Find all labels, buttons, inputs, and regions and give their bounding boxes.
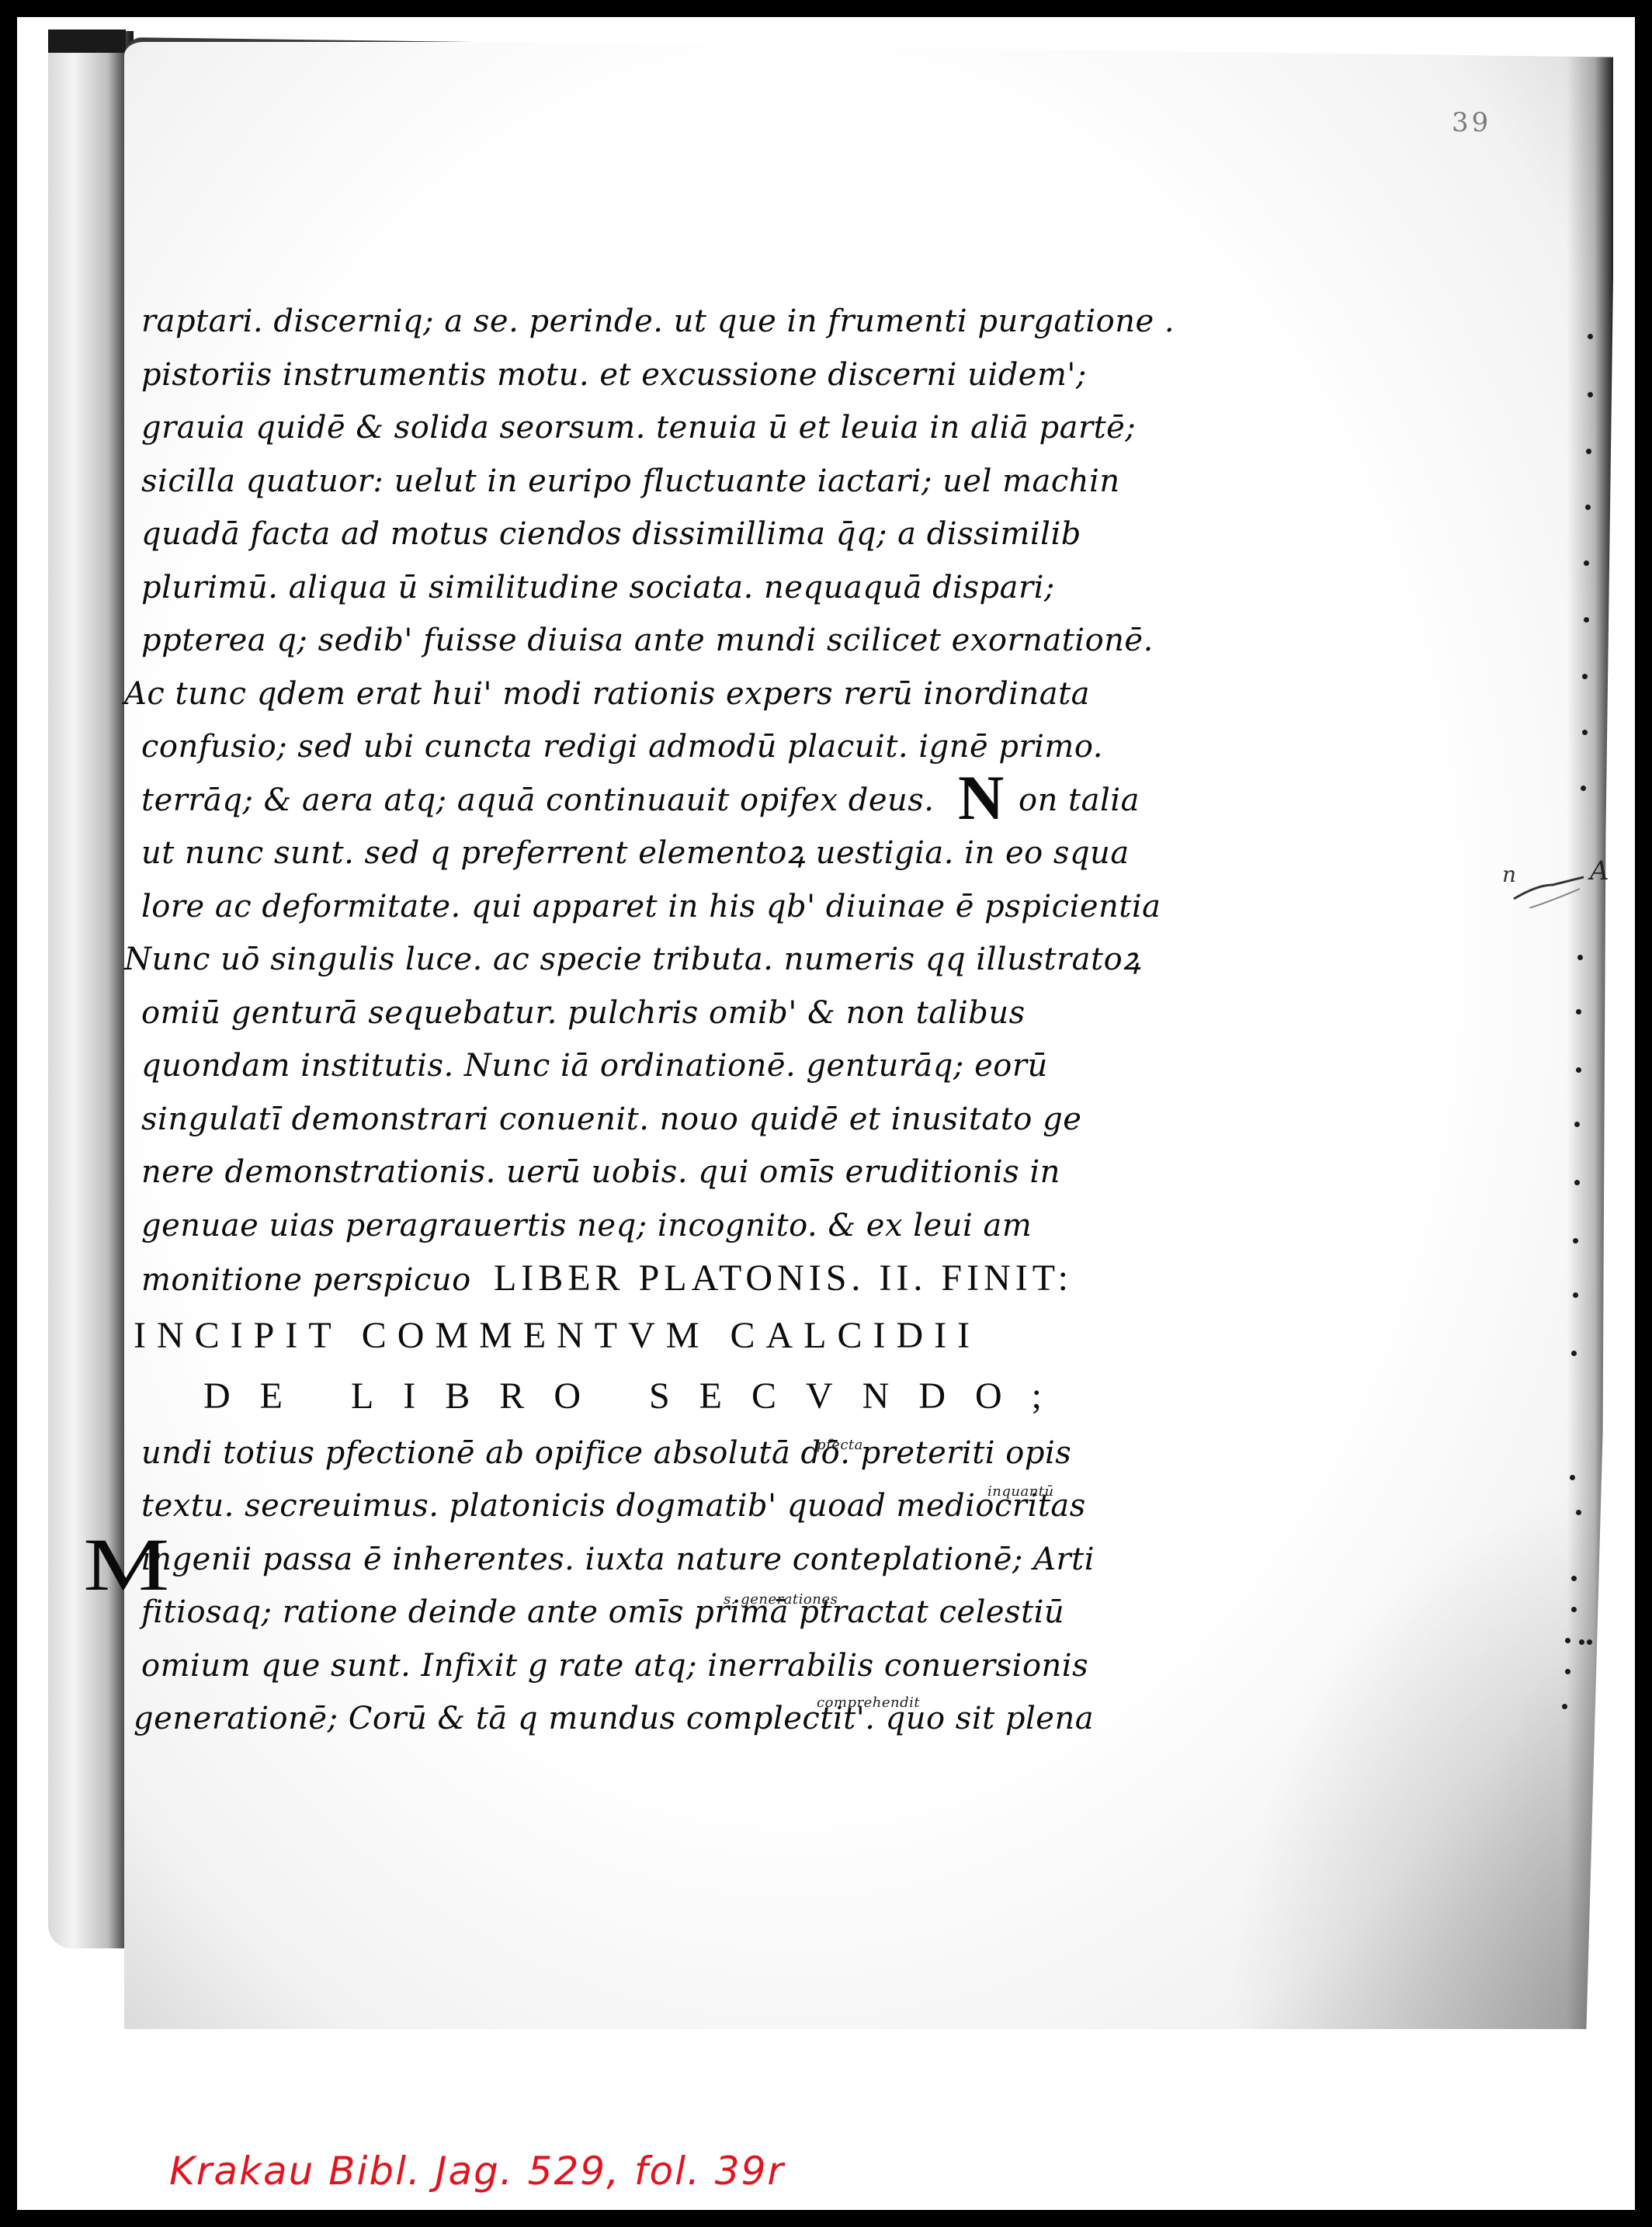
commentary-line-6: generationē; Corū & tā q mundus complect… [134,1692,1267,1746]
pricking-hole [1576,1510,1581,1515]
photo-border-bottom [0,2213,1652,2227]
gloss-inquantum: inquantū [987,1466,1054,1519]
binding-top-shadow [48,29,126,53]
gloss-pfecta: pfecta [817,1419,863,1473]
pricking-hole [1574,1180,1580,1185]
shelfmark-caption: Krakau Bibl. Jag. 529, fol. 39r [169,2149,785,2194]
pricking-hole [1571,1351,1577,1356]
text-line-10-text: terrāq; & aera atq; aquā continuauit opi… [141,782,935,818]
text-line-6: plurimū. aliqua ū similitudine sociata. … [141,561,1267,615]
commentary-line-5: omium que sunt. Infixit g rate atq; iner… [141,1639,1267,1693]
manuscript-text-block: raptari. discerniq; a se. perinde. ut qu… [141,295,1267,1746]
pricking-hole [1588,392,1593,397]
pricking-hole [1570,1475,1575,1480]
decorated-initial-N: N [958,766,1005,830]
text-line-5: quadā facta ad motus ciendos dissimillim… [141,508,1267,561]
text-line-13: Nunc uō singulis luce. ac specie tributa… [124,933,1267,987]
commentary-line-6-text: generationē; Corū & tā q mundus complect… [134,1701,1094,1736]
pricking-hole [1584,560,1589,566]
pricking-hole [1587,1639,1592,1645]
pricking-hole [1571,1607,1577,1612]
text-line-10-tail: on talia [1019,774,1140,827]
commentary-line-4-text: fitiosaq; ratione deinde ante omīs primā… [141,1594,1064,1630]
gloss-generationes: s. generationes [724,1573,838,1627]
pricking-hole [1586,449,1591,454]
explicit-rubric: LIBER PLATONIS. II. FINIT: [494,1257,1073,1299]
margin-flourish [1506,862,1591,908]
commentary-line-4: fitiosaq; ratione deinde ante omīs primā… [141,1586,1267,1639]
text-line-14: omiū genturā sequebatur. pulchris omib' … [141,987,1267,1040]
commentary-line-1: undi totius pfectionē ab opifice absolut… [141,1427,1267,1480]
incipit-line-2: DE LIBRO SECVNDO; [203,1366,1267,1427]
text-line-19: monitione perspicuo LIBER PLATONIS. II. … [141,1252,1267,1306]
pricking-hole [1576,1067,1581,1073]
text-line-9: confusio; sed ubi cuncta redigi admodū p… [141,720,1267,774]
pricking-hole [1582,674,1588,679]
text-line-1: raptari. discerniq; a se. perinde. ut qu… [141,295,1267,349]
text-line-19-text: monitione perspicuo [141,1262,471,1298]
text-line-18: genuae uias peragrauertis neq; incognito… [141,1199,1267,1253]
text-line-16: singulatī demonstrari conuenit. nouo qui… [141,1093,1267,1146]
margin-note-A: A [1590,855,1609,886]
binding-gutter [48,31,134,1948]
pricking-hole [1573,1238,1578,1244]
text-line-15: quondam institutis. Nunc iā ordinationē.… [141,1039,1267,1093]
text-line-4: sicilla quatuor: uelut in euripo fluctua… [141,455,1267,508]
commentary-text: undi totius pfectionē ab opifice absolut… [141,1427,1267,1746]
pricking-hole [1588,334,1593,339]
gloss-comprehendit: comprehendit [817,1677,920,1730]
folio-stain [1225,1486,1613,2029]
pricking-hole [1571,1576,1577,1581]
pricking-hole [1582,730,1588,735]
commentary-line-3: ingenii passa ē inherentes. iuxta nature… [141,1533,1267,1587]
text-line-3: grauia quidē & solida seorsum. tenuia ū … [141,401,1267,455]
text-line-2: pistoriis instrumentis motu. et excussio… [141,349,1267,402]
pricking-hole [1584,617,1589,623]
text-line-12: lore ac deformitate. qui apparet in his … [141,880,1267,934]
pricking-hole [1577,955,1583,960]
incipit-line-1: INCIPIT COMMENTVM CALCIDII [134,1306,1267,1366]
pricking-hole [1574,1122,1580,1127]
pricking-hole [1562,1704,1567,1709]
pricking-hole [1579,1639,1584,1645]
pricking-hole [1585,505,1591,510]
decorated-initial-M: M [83,1521,169,1608]
folio-number: 39 [1452,107,1491,138]
pricking-hole [1581,786,1586,791]
text-line-11: ut nunc sunt. sed q preferrent elementoꝝ… [141,827,1267,880]
text-line-7: ppterea q; sedib' fuisse diuisa ante mun… [141,614,1267,668]
pricking-hole [1576,1009,1581,1015]
commentary-line-1-text: undi totius pfectionē ab opifice absolut… [141,1435,1071,1471]
pricking-hole [1573,1292,1578,1298]
text-line-8: Ac tunc qdem erat hui' modi rationis exp… [124,668,1267,721]
commentary-line-2-text: textu. secreuimus. platonicis dogmatib' … [141,1488,1086,1524]
text-line-17: nere demonstrationis. uerū uobis. qui om… [141,1146,1267,1199]
pricking-hole [1565,1638,1570,1643]
pricking-hole [1565,1669,1570,1674]
text-line-10: terrāq; & aera atq; aquā continuauit opi… [141,774,1267,827]
commentary-line-2: textu. secreuimus. platonicis dogmatib' … [141,1479,1267,1533]
